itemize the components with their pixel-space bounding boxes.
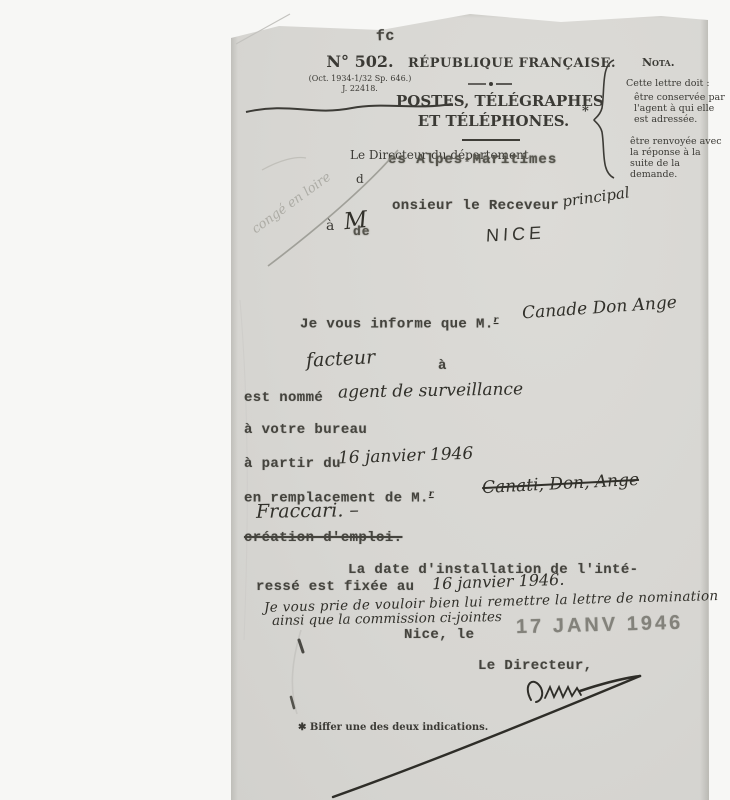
body-line-informe-text: Je vous informe que M. xyxy=(300,317,494,333)
typed-department: es Alpes-Maritimes xyxy=(388,152,557,168)
nota-option-return: être renvoyée avec la réponse à la suite… xyxy=(630,136,726,180)
hand-grade-facteur: facteur xyxy=(305,346,375,372)
printed-a: à xyxy=(326,218,334,234)
footnote: ✱ Biffer une des deux indications. xyxy=(298,722,488,733)
administration-title: POSTES, TÉLÉGRAPHES ET TÉLÉPHONES. xyxy=(396,92,591,130)
top-annotation: fc xyxy=(376,28,395,46)
place-date-label: Nice, le xyxy=(404,627,474,643)
paper-sheet xyxy=(231,12,709,800)
nota-asterisk: * xyxy=(582,104,589,119)
form-edition: (Oct. 1934-1/32 Sp. 646.) xyxy=(285,74,435,83)
body-line-partir: à partir du xyxy=(244,456,341,472)
body-line-remplacement-sup: r xyxy=(429,488,434,498)
hand-new-grade: agent de surveillance xyxy=(338,379,523,402)
body-line-nomme: est nommé xyxy=(244,390,323,406)
administration-rule xyxy=(462,139,520,141)
nota-title: Nota. xyxy=(642,56,675,69)
body-line-informe: Je vous informe que M.r xyxy=(300,314,498,333)
scanned-letter-page: fc N° 502. (Oct. 1934-1/32 Sp. 646.) J. … xyxy=(0,0,730,800)
nota-intro: Cette lettre doit : xyxy=(626,78,710,89)
body-line-a: à xyxy=(438,358,447,374)
nota-option-keep: être conservée par l'agent à qui elle es… xyxy=(634,92,726,125)
body-line-bureau: à votre bureau xyxy=(244,422,367,438)
signoff-title: Le Directeur, xyxy=(478,658,592,674)
administration-line1: POSTES, TÉLÉGRAPHES xyxy=(396,92,591,110)
administration-line2: ET TÉLÉPHONES. xyxy=(396,112,591,130)
body-line-informe-sup: r xyxy=(494,314,499,324)
typed-de: de xyxy=(353,224,371,239)
installation-line2: ressé est fixée au xyxy=(256,579,414,595)
body-line-creation-struck: création d'emploi. xyxy=(244,530,402,546)
date-stamp: 17 JANV 1946 xyxy=(516,612,684,639)
typed-monsieur: onsieur le Receveur xyxy=(392,198,559,214)
hand-city: NICE xyxy=(485,222,545,246)
printed-d: d xyxy=(356,172,364,186)
hand-fraccari: Fraccari. – xyxy=(256,499,359,523)
republic-title: RÉPUBLIQUE FRANÇAISE. xyxy=(408,56,583,71)
